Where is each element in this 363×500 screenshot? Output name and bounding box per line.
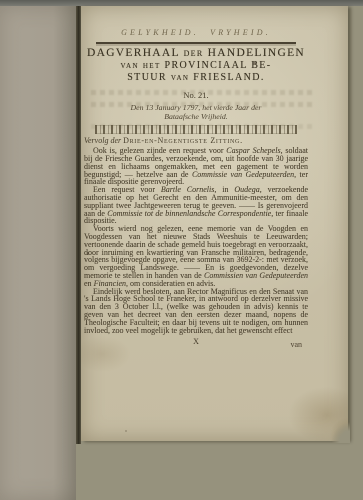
facing-page (0, 6, 76, 500)
italic-text-segment: Commissien van Gedeputeerden (204, 271, 308, 280)
torn-corner (308, 395, 350, 443)
masthead-title-line-3: STUUR van FRIESLAND. (84, 72, 308, 83)
page-footer: X van (84, 337, 308, 349)
foxing-spot (125, 430, 127, 432)
masthead-title-line-1: DAGVERHAAL der HANDELINGEN (84, 47, 308, 59)
paragraph: Eindelijk werd besloten, aan Rector Magn… (84, 288, 308, 335)
text-segment: Eindelijk werd besloten, aan Rector Magn… (84, 287, 308, 335)
section-heading-title: Drie-en-Negentigste Zitting. (123, 136, 243, 145)
issue-number: No. 21. (84, 90, 308, 100)
italic-text-segment: Commissie tot de binnenlandsche Correspo… (107, 209, 271, 218)
section-heading: Vervolg der Drie-en-Negentigste Zitting. (84, 136, 308, 145)
page-content: GELYKHEID. VRYHEID. DAGVERHAAL der HANDE… (84, 28, 308, 349)
ornament-divider (95, 125, 297, 134)
signature-mark: X (84, 337, 308, 346)
paragraph: Een request voor Bartle Cornelis, in Oud… (84, 186, 308, 225)
catchword: van (290, 340, 302, 349)
body-paragraphs: Ook is, gelezen zijnde een request voor … (84, 147, 308, 334)
section-heading-prefix: Vervolg der (84, 136, 123, 145)
paragraph: Voorts wierd nog gelezen, eene memorie v… (84, 225, 308, 287)
paragraph: Ook is, gelezen zijnde een request voor … (84, 147, 308, 186)
motto: GELYKHEID. VRYHEID. (84, 28, 308, 37)
document-page: GELYKHEID. VRYHEID. DAGVERHAAL der HANDE… (81, 6, 348, 441)
dateline-line-2: Bataafsche Vrijheid. (84, 113, 308, 122)
masthead-title-line-2: van het PROVINCIAAL BE- (84, 60, 308, 71)
dateline: Den 13 January 1797, het vierde Jaar der… (84, 104, 308, 121)
scanned-book-photo: GELYKHEID. VRYHEID. DAGVERHAAL der HANDE… (0, 0, 363, 500)
italic-text-segment: Commissie van Gedeputeerden (192, 170, 294, 179)
header-rule (96, 42, 296, 44)
